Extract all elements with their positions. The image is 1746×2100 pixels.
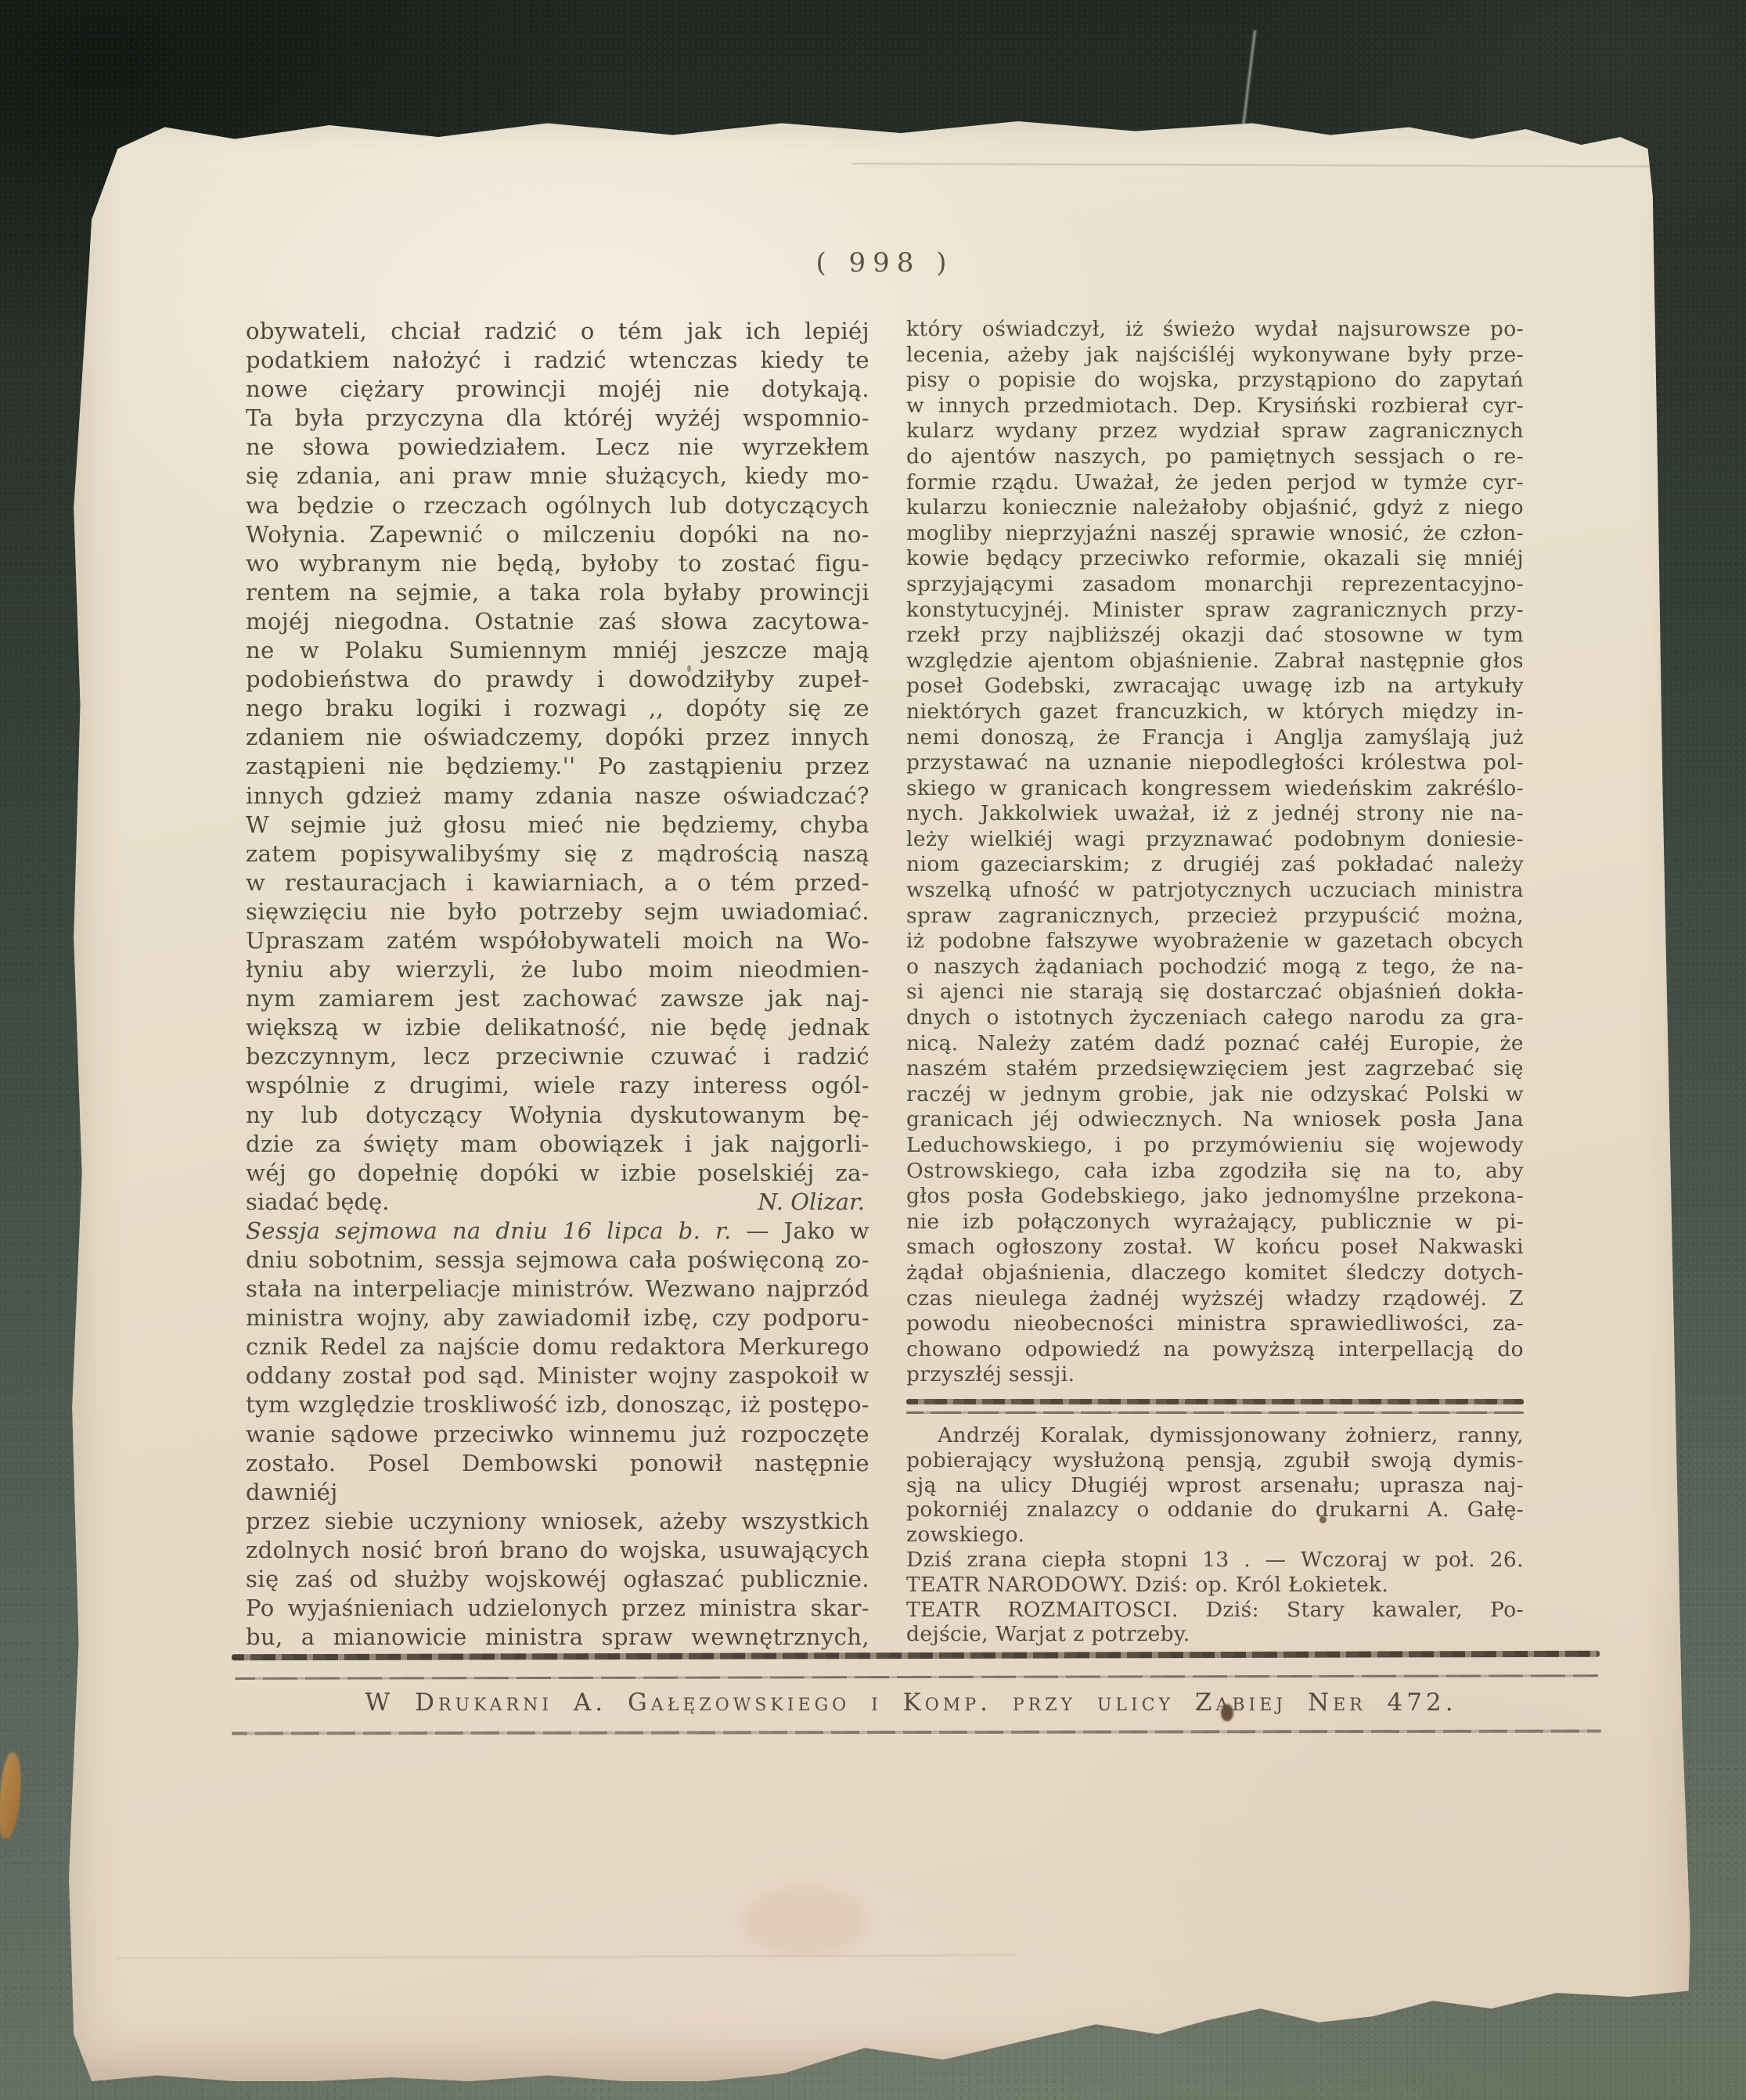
text-line: tym względzie troskliwość izb, donosząc,… [246, 1390, 869, 1419]
text-line: Wołynia. Zapewnić o milczeniu dopóki na … [246, 520, 869, 549]
text-line: leży wielkiéj wagi przyznawać podobnym d… [906, 827, 1524, 853]
sejm-report-dateline: Sessja sejmowa na dniu 16 lipca b. r. [246, 1217, 732, 1244]
text-line: wa będzie o rzeczach ogólnych lub dotycz… [246, 491, 869, 520]
text-line: zostało. Posel Dembowski ponowił następn… [246, 1449, 869, 1507]
text-line: większą w izbie delikatność, nie będę je… [246, 1013, 869, 1042]
text-line: względzie ajentom objaśnienie. Zabrał na… [906, 649, 1524, 674]
text-line: mogliby nieprzyjaźni naszéj sprawie wnos… [906, 521, 1524, 547]
teatr-rozmaitosci-line-2: dejście, Warjat z potrzeby. [906, 1622, 1524, 1647]
text-line: ministra wojny, aby zawiadomił izbę, czy… [246, 1304, 869, 1332]
text-line: przez siebie uczyniony wniosek, ażeby ws… [246, 1507, 869, 1536]
text-line: Leduchowskiego, i po przymówieniu się wo… [906, 1133, 1524, 1159]
footer-rule-thin [235, 1674, 1598, 1680]
sejm-report-first-line-rest: — Jako w [732, 1217, 869, 1244]
text-line: lecenia, ażeby jak najściśléj wykonywane… [906, 343, 1524, 369]
text-line: Po wyjaśnieniach udzielonych przez minis… [246, 1594, 869, 1623]
text-line: nowe ciężary prowincji mojéj nie dotykaj… [246, 375, 869, 404]
text-line: w restauracjach i kawiarniach, a o tém p… [246, 868, 869, 897]
text-line: nych. Jakkolwiek uważał, iż z jednéj str… [906, 801, 1524, 827]
text-line: wo wybranym nie będą, byłoby to zostać f… [246, 549, 869, 578]
text-line: o naszych żądaniach pochodzić mogą z teg… [906, 955, 1524, 980]
text-line: Upraszam zatém współobywateli moich na W… [246, 926, 869, 955]
text-line: podatkiem nałożyć i radzić wtenczas kied… [246, 346, 869, 375]
text-line: rentem na sejmie, a taka rola byłaby pro… [246, 578, 869, 607]
footer-rule-bottom [232, 1729, 1601, 1735]
text-line: wspólnie z drugimi, wiele razy interess … [246, 1071, 869, 1100]
signature-name: N. Olizar. [758, 1188, 869, 1217]
text-line: raczéj w jednym grobie, jak nie odzyskać… [906, 1082, 1524, 1108]
page-number: ( 998 ) [246, 247, 1524, 279]
text-line: rzekł przy najbliższéj okazji dać stosow… [906, 623, 1524, 649]
text-line: obywateli, chciał radzić o tém jak ich l… [246, 317, 869, 346]
text-line: zdaniem nie oświadczemy, dopóki przez in… [246, 723, 869, 752]
text-line: granicach jéj odwiecznych. Na wniosek po… [906, 1107, 1524, 1133]
text-line: bezczynnym, lecz przeciwnie czuwać i rad… [246, 1042, 869, 1071]
announcements-section: Andrzéj Koralak, dymissjonowany żołnierz… [906, 1423, 1524, 1647]
left-column: obywateli, chciał radzić o tém jak ich l… [246, 317, 869, 1652]
text-line: pisy o popisie do wojska, przystąpiono d… [906, 368, 1524, 394]
text-line: bu, a mianowicie ministra spraw wewnętrz… [246, 1623, 869, 1652]
text-line: formie rządu. Uważał, że jeden perjod w … [906, 470, 1524, 496]
text-line: czas nieulega żadnéj wyższéj władzy rząd… [906, 1286, 1524, 1312]
separator-rule-thick [906, 1399, 1524, 1404]
teatr-rozmaitosci-line-1: TEATR ROZMAITOSCI. Dziś: Stary kawaler, … [906, 1598, 1524, 1623]
printed-content: ( 998 ) obywateli, chciał radzić o tém j… [0, 0, 1746, 2100]
text-line: naszém stałém przedsięwzięciem jest zagr… [906, 1056, 1524, 1082]
text-line: ne słowa powiedziałem. Lecz nie wyrzekłe… [246, 433, 869, 462]
text-line: Ta była przyczyna dla któréj wyżéj wspom… [246, 404, 869, 433]
text-line: sprzyjającymi zasadom monarchji reprezen… [906, 572, 1524, 598]
text-line: dniu sobotnim, sessja sejmowa cała poświ… [246, 1246, 869, 1275]
left-paragraph-2: dniu sobotnim, sessja sejmowa cała poświ… [246, 1246, 869, 1652]
text-line: sją na ulicy Długiéj wprost arsenału; up… [906, 1473, 1524, 1498]
text-line: pobierający wysłużoną pensją, zgubił swo… [906, 1448, 1524, 1473]
text-line: kularz wydany przez wydział spraw zagran… [906, 419, 1524, 444]
text-line: skiego w granicach kongressem wiedeńskim… [906, 776, 1524, 802]
footer-rule-thick [232, 1651, 1600, 1661]
text-line: sięwzięciu nie było potrzeby sejm uwiado… [246, 897, 869, 926]
text-line: stała na interpeliacje ministrów. Wezwan… [246, 1275, 869, 1304]
text-line: dzie za święty mam obowiązek i jak najgo… [246, 1130, 869, 1159]
right-paragraph-last-line: przyszłéj sessji. [906, 1362, 1524, 1388]
signature-line: siadać będę. N. Olizar. [246, 1188, 869, 1217]
text-line: zastąpieni nie będziemy.'' Po zastąpieni… [246, 752, 869, 781]
text-line: głos posła Godebskiego, jako jednomyślne… [906, 1184, 1524, 1210]
text-line: Andrzéj Koralak, dymissjonowany żołnierz… [906, 1423, 1524, 1448]
section-separator [906, 1399, 1524, 1414]
sejm-report-first-line: Sessja sejmowa na dniu 16 lipca b. r. — … [246, 1217, 869, 1246]
text-line: kularzu koniecznie należałoby objaśnić, … [906, 495, 1524, 521]
text-line: iż podobne fałszywe wyobrażenie w gazeta… [906, 929, 1524, 955]
text-line: który oświadczył, iż świeżo wydał najsur… [906, 317, 1524, 343]
text-line: ne w Polaku Sumiennym mniéj jeszcze mają [246, 636, 869, 665]
text-line: nicą. Należy zatém dadź poznać całéj Eur… [906, 1031, 1524, 1057]
text-line: żądał objaśnienia, dlaczego komitet śled… [906, 1260, 1524, 1286]
text-line: łyniu aby wierzyli, że lubo moim nieodmi… [246, 955, 869, 984]
paragraph-last-words: siadać będę. [246, 1188, 389, 1217]
lost-document-notice: Andrzéj Koralak, dymissjonowany żołnierz… [906, 1423, 1524, 1548]
text-line: zowskiego. [906, 1523, 1524, 1548]
text-line: nie izb połączonych wyrażający, publiczn… [906, 1210, 1524, 1235]
right-column: który oświadczył, iż świeżo wydał najsur… [906, 317, 1524, 1647]
separator-rule-thin [906, 1411, 1524, 1414]
text-line: nego braku logiki i rozwagi ,, dopóty si… [246, 694, 869, 723]
weather-line: Dziś zrana ciepła stopni 13 . — Wczoraj … [906, 1548, 1524, 1573]
text-line: zdolnych nosić broń brano do wojska, usu… [246, 1536, 869, 1565]
teatr-narodowy-line: TEATR NARODOWY. Dziś: op. Król Łokietek. [906, 1573, 1524, 1598]
text-line: podobieństwa do prawdy i dowodziłyby zup… [246, 665, 869, 694]
left-paragraph-1: obywateli, chciał radzić o tém jak ich l… [246, 317, 869, 1188]
text-line: dnych o istotnych życzeniach całego naro… [906, 1005, 1524, 1031]
text-line: się zaś od służby wojskowéj ogłaszać pub… [246, 1565, 869, 1594]
text-line: powodu nieobecności ministra sprawiedliw… [906, 1311, 1524, 1337]
text-line: cznik Redel za najście domu redaktora Me… [246, 1332, 869, 1361]
text-line: smach ogłoszony został. W końcu poseł Na… [906, 1235, 1524, 1260]
text-line: Ostrowskiego, cała izba zgodziła się na … [906, 1159, 1524, 1185]
text-line: W sejmie już głosu mieć nie będziemy, ch… [246, 811, 869, 840]
text-line: przystawać na uznanie niepodległości kró… [906, 750, 1524, 776]
text-line: niektórych gazet francuzkich, w których … [906, 699, 1524, 725]
text-line: spraw zagranicznych, przecież przypuścić… [906, 904, 1524, 930]
right-paragraph-1: który oświadczył, iż świeżo wydał najsur… [906, 317, 1524, 1362]
text-line: w innych przedmiotach. Dep. Krysiński ro… [906, 394, 1524, 419]
text-line: do ajentów naszych, po pamiętnych sessja… [906, 444, 1524, 470]
text-line: konstytucyjnéj. Minister spraw zagranicz… [906, 598, 1524, 624]
text-line: nemi donoszą, że Francja i Anglja zamyśl… [906, 725, 1524, 751]
text-line: kowie będący przeciwko reformie, okazali… [906, 546, 1524, 572]
text-line: wanie sądowe przeciwko winnemu już rozpo… [246, 1420, 869, 1449]
printer-imprint: W Drukarni A. Gałęzowskiego i Komp. przy… [246, 1688, 1576, 1717]
text-line: si ajenci nie starają się dostarczać obj… [906, 980, 1524, 1005]
text-line: ny lub dotyczący Wołynia dyskutowanym bę… [246, 1101, 869, 1130]
photo-of-newspaper: ( 998 ) obywateli, chciał radzić o tém j… [0, 0, 1746, 2100]
text-line: wszelką ufność w patrjotycznych uczuciac… [906, 878, 1524, 904]
text-line: zatem popisywalibyśmy się z mądrością na… [246, 840, 869, 868]
text-line: innych gdzież mamy zdania nasze oświadcz… [246, 782, 869, 811]
text-line: pokorniéj znalazcy o oddanie do drukarni… [906, 1498, 1524, 1523]
text-line: mojéj niegodna. Ostatnie zaś słowa zacyt… [246, 607, 869, 636]
text-line: niom gazeciarskim; z drugiéj zaś pokłada… [906, 852, 1524, 878]
text-line: wéj go dopełnię dopóki w izbie poselskié… [246, 1159, 869, 1188]
text-line: oddany został pod sąd. Minister wojny za… [246, 1361, 869, 1390]
text-line: chowano odpowiedź na powyższą interpella… [906, 1337, 1524, 1363]
text-line: poseł Godebski, zwracając uwagę izb na a… [906, 674, 1524, 699]
text-line: nym zamiarem jest zachować zawsze jak na… [246, 984, 869, 1013]
text-line: się zdania, ani praw mnie służących, kie… [246, 462, 869, 491]
